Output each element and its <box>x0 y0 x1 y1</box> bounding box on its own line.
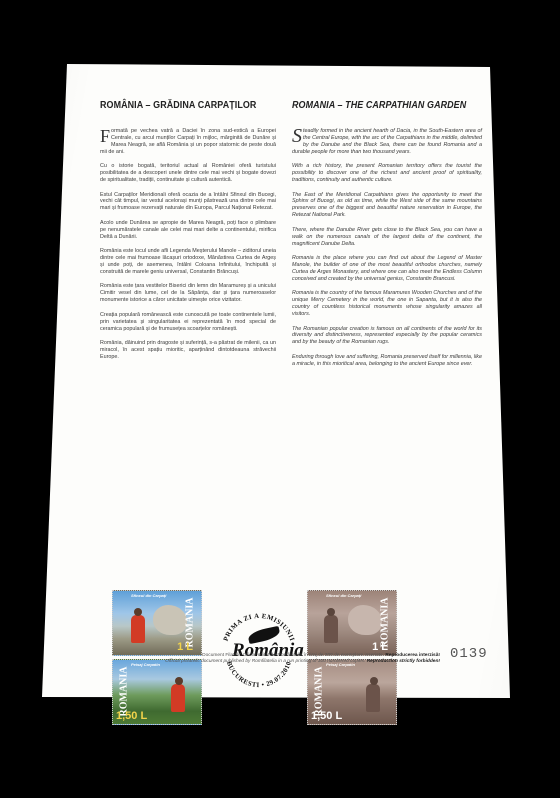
stamp-value: 1,50 L <box>311 710 342 722</box>
english-paragraphs: Steadily formed in the ancient hearth of… <box>292 128 482 368</box>
hiker-figure <box>366 684 380 712</box>
paragraph: With a rich history, the present Romania… <box>292 163 482 184</box>
stamp-country: ROMANIA <box>380 598 391 648</box>
paragraph: Steadily formed in the ancient hearth of… <box>292 128 482 156</box>
first-day-postmark: PRIMA ZI A EMISIUNII BUCURESTI • 29.07.2… <box>218 610 300 692</box>
paragraph: Cu o istorie bogată, teritoriul actual a… <box>100 163 276 184</box>
paragraph: Creația populară românească este cunoscu… <box>100 312 276 333</box>
paragraph: The Romanian popular creation is famous … <box>292 326 482 347</box>
stamp-label: Sfinxul din Carpați <box>326 593 361 598</box>
hiker-head <box>175 677 183 685</box>
footer-warning: Reproducerea interzisă! <box>385 653 440 658</box>
romanian-paragraphs: Formată pe vechea vatră a Daciei în zona… <box>100 128 276 361</box>
stamp-value: 1 L <box>177 641 193 653</box>
romanian-text-column: ROMÂNIA – GRĂDINA CARPAȚILOR Formată pe … <box>100 98 276 368</box>
paragraph: Formată pe vechea vatră a Daciei în zona… <box>100 128 276 156</box>
paragraph: The East of the Meridional Carpathians g… <box>292 192 482 220</box>
paragraph: România este locul unde afli Legenda Meș… <box>100 248 276 276</box>
stamp-sphinx-color: Sfinxul din Carpați ROMANIA 1 L <box>112 590 202 656</box>
stamp-country: ROMANIA <box>314 667 325 717</box>
footer-english: Official philatelic document published b… <box>100 659 440 665</box>
drop-cap: F <box>100 128 110 144</box>
sphinx-rock <box>153 605 187 635</box>
english-title: ROMANIA – THE CARPATHIAN GARDEN <box>292 100 455 111</box>
paragraph: Estul Carpaților Meridionali oferă ocazi… <box>100 192 276 213</box>
romanian-title: ROMÂNIA – GRĂDINA CARPAȚILOR <box>100 100 251 111</box>
document-footer: Document Filatelic Oficial editat de Rom… <box>100 653 440 666</box>
stamp-landscape-sepia: Peisaj Carpatin ROMANIA 1,50 L <box>307 659 397 725</box>
stamp-value: 1,50 L <box>116 710 147 722</box>
paragraph: Acolo unde Dunărea se apropie de Marea N… <box>100 220 276 241</box>
paragraph: Enduring through love and suffering, Rom… <box>292 354 482 368</box>
stamp-country: ROMANIA <box>119 667 130 717</box>
footer-text: Official philatelic document published b… <box>165 659 367 664</box>
stamp-country: ROMANIA <box>185 598 196 648</box>
footer-warning: Reproduction strictly forbidden! <box>367 659 440 664</box>
paragraph: România, dăinuind prin dragoste și sufer… <box>100 340 276 361</box>
serial-number: 0139 <box>450 646 488 662</box>
english-text-column: ROMANIA – THE CARPATHIAN GARDEN Steadily… <box>292 98 482 375</box>
paragraph-text: ormată pe vechea vatră a Daciei în zona … <box>100 128 276 155</box>
hiker-head <box>370 677 378 685</box>
stamp-value: 1 L <box>372 641 388 653</box>
sphinx-rock <box>348 605 382 635</box>
hiker-figure <box>131 615 145 643</box>
stamp-landscape-color: Peisaj Carpatin ROMANIA 1,50 L <box>112 659 202 725</box>
paragraph-text: teadily formed in the ancient hearth of … <box>292 128 482 155</box>
stamp-label: Sfinxul din Carpați <box>131 593 166 598</box>
footer-text: Document Filatelic Oficial editat de Rom… <box>202 653 385 658</box>
hiker-figure <box>171 684 185 712</box>
stamp-sphinx-sepia: Sfinxul din Carpați ROMANIA 1 L <box>307 590 397 656</box>
hiker-head <box>134 608 142 616</box>
paragraph: Romania is the country of the famous Mar… <box>292 290 482 318</box>
document-content: ROMÂNIA – GRĂDINA CARPAȚILOR Formată pe … <box>100 98 482 688</box>
paragraph: Romania is the place where you can find … <box>292 255 482 283</box>
paragraph: There, where the Danube River gets close… <box>292 227 482 248</box>
paragraph: România este țara vestitelor Biserici di… <box>100 283 276 304</box>
drop-cap: S <box>292 128 302 144</box>
hiker-figure <box>324 615 338 643</box>
hiker-head <box>327 608 335 616</box>
